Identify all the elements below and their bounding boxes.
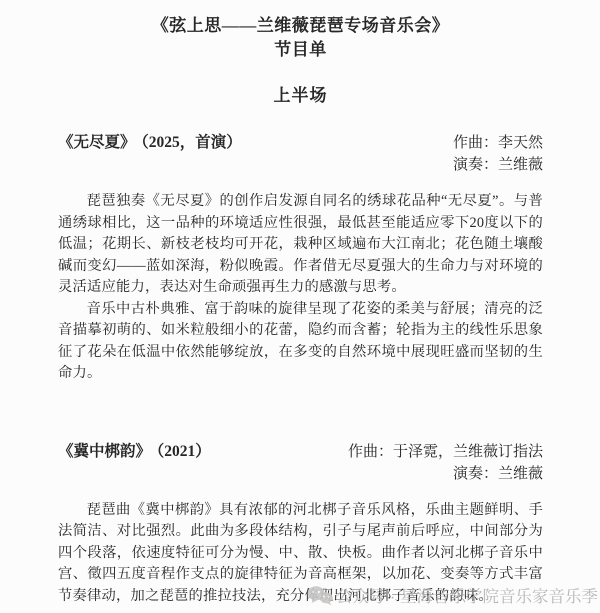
piece-block-2: 《冀中梆韵》（2021） 作曲：于泽霓，兰维薇订指法 演奏：兰维薇 琵琶曲《冀中…	[58, 441, 543, 608]
piece-2-annotation: （2021）	[156, 443, 210, 460]
program-note: 琵琶独奏《无尽夏》的创作启发源自同名的绣球花品种“无尽夏”。与普通绣球相比，这一…	[58, 191, 543, 299]
concert-title: 《弦上思——兰维薇琵琶专场音乐会》	[58, 14, 543, 38]
piece-2-header: 《冀中梆韵》（2021） 作曲：于泽霓，兰维薇订指法 演奏：兰维薇	[58, 441, 543, 485]
piece-1-performer: 演奏：兰维薇	[453, 154, 543, 176]
piece-1-title: 《无尽夏》（2025，首演）	[58, 132, 242, 154]
program-page: 《弦上思——兰维薇琵琶专场音乐会》 节目单 上半场 《无尽夏》（2025，首演）…	[0, 0, 600, 613]
piece-block-1: 《无尽夏》（2025，首演） 作曲：李天然 演奏：兰维薇 琵琶独奏《无尽夏》的创…	[58, 132, 543, 385]
program-subtitle: 节目单	[58, 38, 543, 62]
section-heading: 上半场	[58, 84, 543, 108]
piece-1-name: 《无尽夏》	[58, 134, 136, 151]
piece-1-credits: 作曲：李天然 演奏：兰维薇	[453, 132, 543, 176]
program-note: 音乐中古朴典雅、富于韵味的旋律呈现了花姿的柔美与舒展；清亮的泛音描摹初萌的、如米…	[58, 299, 543, 385]
piece-2-name: 《冀中梆韵》	[58, 443, 151, 460]
piece-1-annotation: （2025，首演）	[141, 134, 242, 151]
piece-1-header: 《无尽夏》（2025，首演） 作曲：李天然 演奏：兰维薇	[58, 132, 543, 176]
program-note: 琵琶曲《冀中梆韵》具有浓郁的河北梆子音乐风格，乐曲主题鲜明、手法简洁、对比强烈。…	[58, 500, 543, 608]
piece-1-composer: 作曲：李天然	[453, 132, 543, 154]
piece-1-notes: 琵琶独奏《无尽夏》的创作启发源自同名的绣球花品种“无尽夏”。与普通绣球相比，这一…	[58, 191, 543, 385]
piece-2-composer: 作曲：于泽霓，兰维薇订指法	[348, 441, 543, 463]
piece-2-notes: 琵琶曲《冀中梆韵》具有浓郁的河北梆子音乐风格，乐曲主题鲜明、手法简洁、对比强烈。…	[58, 500, 543, 608]
piece-2-title: 《冀中梆韵》（2021）	[58, 441, 211, 463]
piece-2-performer: 演奏：兰维薇	[348, 463, 543, 485]
piece-2-credits: 作曲：于泽霓，兰维薇订指法 演奏：兰维薇	[348, 441, 543, 485]
